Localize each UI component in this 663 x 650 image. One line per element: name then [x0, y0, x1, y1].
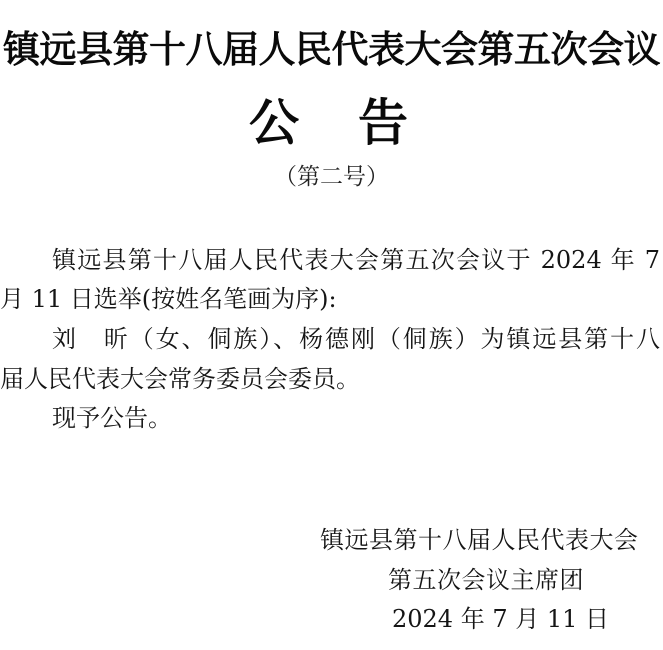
signature-organization: 镇远县第十八届人民代表大会 [320, 525, 639, 555]
announcement-number: （第二号） [0, 162, 663, 192]
body-line-4: 届人民代表大会常务委员会委员。 [0, 364, 360, 394]
heading-char-gong: 公 [249, 94, 299, 152]
body-line-2: 月 11 日选举(按姓名笔画为序): [0, 284, 337, 314]
body-line-3: 刘 昕（女、侗族）、杨德刚（侗族）为镇远县第十八 [0, 324, 660, 354]
heading-char-gao: 告 [358, 94, 408, 152]
signature-presidium: 第五次会议主席团 [388, 565, 584, 595]
body-line-1: 镇远县第十八届人民代表大会第五次会议于 2024 年 7 [0, 245, 660, 275]
signature-date: 2024 年 7 月 11 日 [392, 604, 609, 634]
body-line-5: 现予公告。 [0, 403, 172, 433]
document-title: 镇远县第十八届人民代表大会第五次会议 [0, 27, 663, 71]
